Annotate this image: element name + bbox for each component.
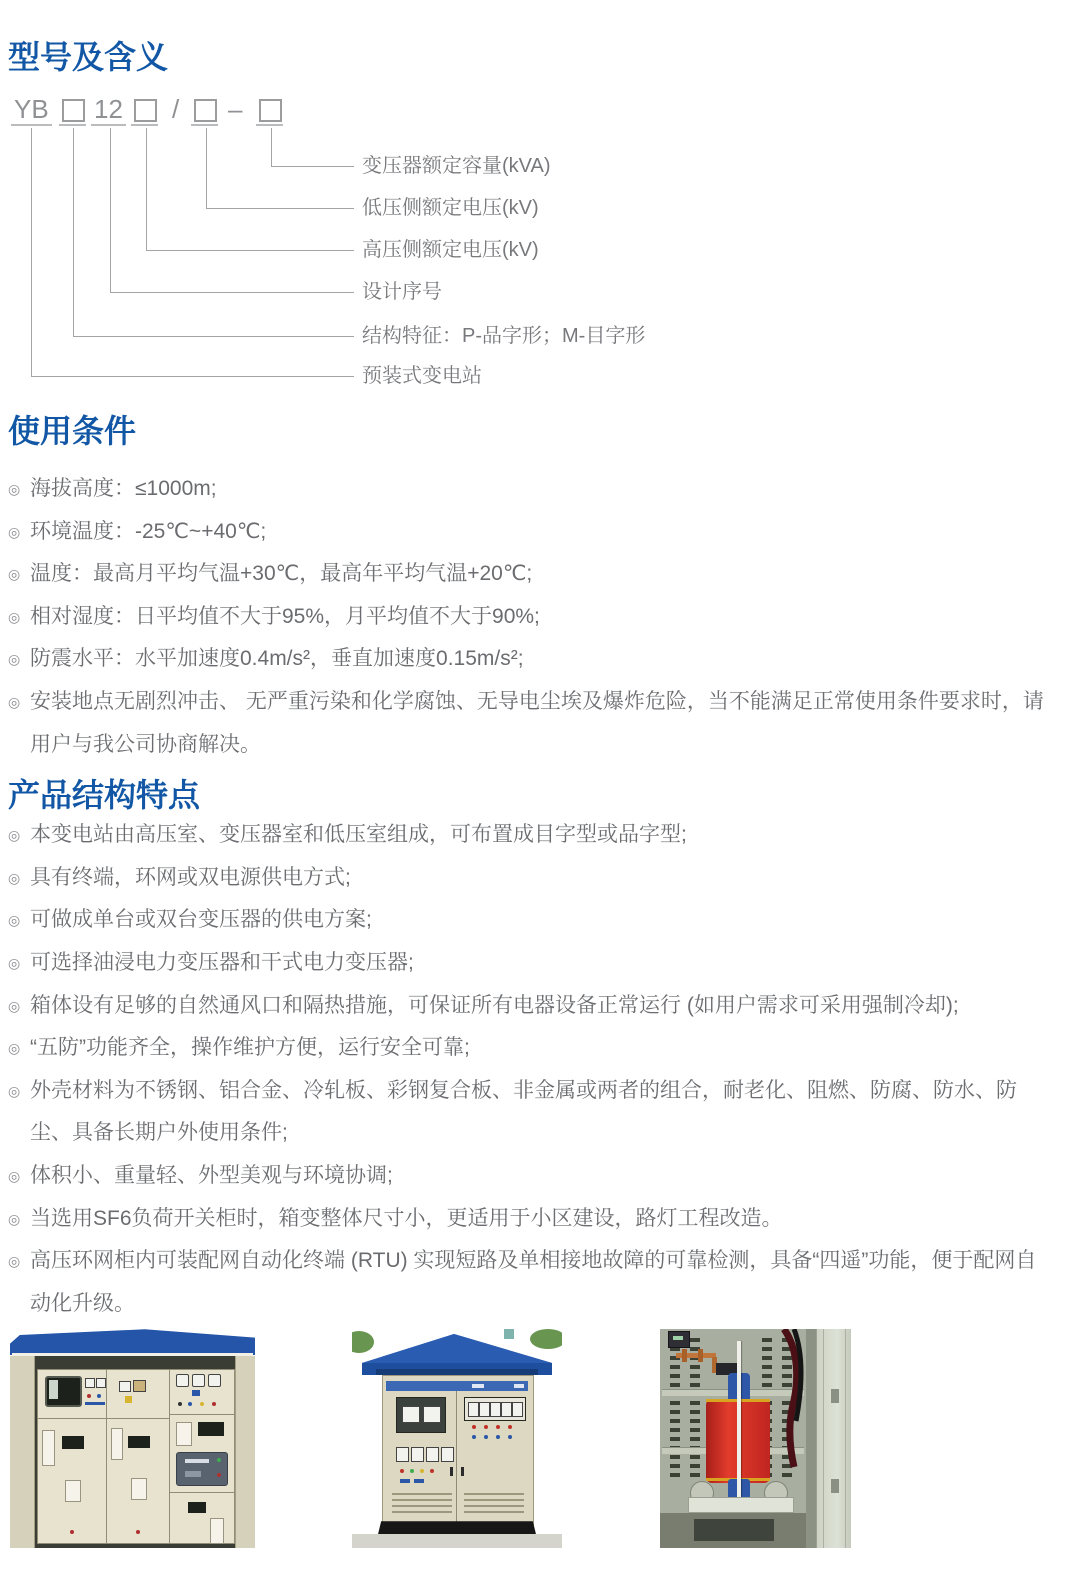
model-code-design-no: 12: [94, 96, 123, 122]
bullet-icon: ◎: [8, 681, 30, 724]
list-item: ◎相对湿度：日平均值不大于95%，月平均值不大于90%;: [8, 596, 1056, 639]
list-item: ◎可做成单台或双台变压器的供电方案;: [8, 899, 1056, 942]
list-item-text: 具有终端，环网或双电源供电方式;: [30, 866, 351, 889]
diagram-label-capacity: 变压器额定容量(kVA): [362, 154, 551, 178]
list-item-text: 当选用SF6负荷开关柜时，箱变整体尺寸小，更适用于小区建设，路灯工程改造。: [30, 1207, 783, 1230]
photo-hv-switchgear: [10, 1329, 255, 1548]
list-item-text: 环境温度：-25℃~+40℃;: [30, 520, 266, 543]
list-item: ◎外壳材料为不锈钢、铝合金、冷轧板、彩钢复合板、非金属或两者的组合，耐老化、阻燃…: [8, 1070, 1056, 1155]
connector-line: [31, 128, 32, 377]
underline: [59, 124, 86, 126]
model-code-box-structure: [62, 99, 85, 122]
bullet-icon: ◎: [8, 1198, 30, 1241]
transformer-base: [688, 1497, 794, 1513]
bullet-icon: ◎: [8, 1240, 30, 1283]
conditions-list: ◎海拔高度：≤1000m; ◎环境温度：-25℃~+40℃; ◎温度：最高月平均…: [0, 468, 1088, 766]
underline: [11, 124, 52, 126]
bullet-icon: ◎: [8, 468, 30, 511]
blue-roof: [352, 1329, 562, 1377]
bullet-icon: ◎: [8, 511, 30, 554]
connector-line: [31, 376, 354, 377]
connector-line: [73, 336, 354, 337]
model-code-separator: /: [172, 96, 179, 122]
bullet-icon: ◎: [8, 1027, 30, 1070]
list-item-text: 海拔高度：≤1000m;: [30, 477, 217, 500]
diagram-label-hv: 高压侧额定电压(kV): [362, 238, 539, 262]
underline: [91, 124, 126, 126]
connector-line: [73, 128, 74, 337]
connector-line: [110, 292, 354, 293]
model-code-box-lv: [194, 99, 217, 122]
underline: [191, 124, 218, 126]
bullet-icon: ◎: [8, 985, 30, 1028]
list-item: ◎高压环网柜内可装配网自动化终端 (RTU) 实现短路及单相接地故障的可靠检测，…: [8, 1240, 1056, 1325]
features-list: ◎本变电站由高压室、变压器室和低压室组成，可布置成目字型或品字型; ◎具有终端，…: [0, 814, 1088, 1325]
list-item: ◎可选择油浸电力变压器和干式电力变压器;: [8, 942, 1056, 985]
model-code-prefix: YB: [14, 96, 49, 122]
section-title-model: 型号及含义: [0, 0, 1088, 76]
list-item: ◎海拔高度：≤1000m;: [8, 468, 1056, 511]
section-title-conditions: 使用条件: [0, 412, 1088, 450]
bullet-icon: ◎: [8, 638, 30, 681]
section-title-features: 产品结构特点: [0, 776, 1088, 814]
list-item-text: 可选择油浸电力变压器和干式电力变压器;: [30, 951, 414, 974]
photo-substation-exterior: [352, 1329, 562, 1548]
underline: [131, 124, 158, 126]
model-code-box-capacity: [259, 99, 282, 122]
bullet-icon: ◎: [8, 1155, 30, 1198]
list-item: ◎体积小、重量轻、外型美观与环境协调;: [8, 1155, 1056, 1198]
connector-line: [110, 128, 111, 293]
list-item-text: 本变电站由高压室、变压器室和低压室组成，可布置成目字型或品字型;: [30, 823, 687, 846]
list-item-text: 体积小、重量轻、外型美观与环境协调;: [30, 1164, 393, 1187]
list-item: ◎防震水平：水平加速度0.4m/s²，垂直加速度0.15m/s²;: [8, 638, 1056, 681]
bullet-icon: ◎: [8, 1070, 30, 1113]
connector-line: [271, 128, 272, 167]
list-item: ◎当选用SF6负荷开关柜时，箱变整体尺寸小，更适用于小区建设，路灯工程改造。: [8, 1198, 1056, 1241]
diagram-label-lv: 低压侧额定电压(kV): [362, 196, 539, 220]
bullet-icon: ◎: [8, 553, 30, 596]
list-item-text: 防震水平：水平加速度0.4m/s²，垂直加速度0.15m/s²;: [30, 647, 524, 670]
blue-roof: [10, 1329, 255, 1355]
diagram-label-design: 设计序号: [362, 280, 442, 304]
connector-line: [146, 250, 354, 251]
list-item-text: 相对湿度：日平均值不大于95%，月平均值不大于90%;: [30, 605, 540, 628]
model-code-dash: –: [228, 96, 242, 122]
list-item: ◎箱体设有足够的自然通风口和隔热措施，可保证所有电器设备正常运行 (如用户需求可…: [8, 985, 1056, 1028]
model-code-box-hv: [134, 99, 157, 122]
bullet-icon: ◎: [8, 857, 30, 900]
connector-line: [206, 128, 207, 209]
cabinet-middle: [106, 1369, 171, 1544]
list-item: ◎“五防”功能齐全，操作维护方便，运行安全可靠;: [8, 1027, 1056, 1070]
model-code-diagram: YB 12 / – 变压器额定容量(kVA) 低压侧额定电压(kV) 高压侧额定…: [0, 96, 1088, 396]
list-item: ◎安装地点无剧烈冲击、 无严重污染和化学腐蚀、无导电尘埃及爆炸危险，当不能满足正…: [8, 681, 1056, 766]
underline: [256, 124, 283, 126]
list-item-text: 箱体设有足够的自然通风口和隔热措施，可保证所有电器设备正常运行 (如用户需求可采…: [30, 994, 959, 1017]
list-item-text: 安装地点无剧烈冲击、 无严重污染和化学腐蚀、无导电尘埃及爆炸危险，当不能满足正常…: [30, 690, 1044, 756]
bullet-icon: ◎: [8, 942, 30, 985]
connector-line: [206, 208, 354, 209]
photo-dry-transformer: [654, 1329, 854, 1548]
open-door: [816, 1329, 851, 1548]
connector-line: [146, 128, 147, 251]
bullet-icon: ◎: [8, 596, 30, 639]
diagram-label-structure: 结构特征：P-品字形；M-目字形: [362, 324, 645, 348]
list-item: ◎本变电站由高压室、变压器室和低压室组成，可布置成目字型或品字型;: [8, 814, 1056, 857]
list-item-text: “五防”功能齐全，操作维护方便，运行安全可靠;: [30, 1036, 470, 1059]
product-photos: [0, 1329, 1088, 1548]
list-item-text: 外壳材料为不锈钢、铝合金、冷轧板、彩钢复合板、非金属或两者的组合，耐老化、阻燃、…: [30, 1079, 1017, 1145]
diagram-label-type: 预装式变电站: [362, 364, 482, 388]
list-item: ◎温度：最高月平均气温+30℃，最高年平均气温+20℃;: [8, 553, 1056, 596]
bullet-icon: ◎: [8, 814, 30, 857]
cabinet-right: [169, 1369, 235, 1544]
cabinet-base: [378, 1521, 536, 1534]
cabinet-left: [37, 1369, 108, 1544]
list-item-text: 可做成单台或双台变压器的供电方案;: [30, 908, 372, 931]
list-item: ◎环境温度：-25℃~+40℃;: [8, 511, 1056, 554]
list-item-text: 高压环网柜内可装配网自动化终端 (RTU) 实现短路及单相接地故障的可靠检测，具…: [30, 1249, 1036, 1315]
connector-line: [271, 166, 354, 167]
bullet-icon: ◎: [8, 899, 30, 942]
catalog-page: 型号及含义 YB 12 / – 变压器额定容量(kVA) 低压侧额定电压(k: [0, 0, 1088, 1592]
list-item-text: 温度：最高月平均气温+30℃，最高年平均气温+20℃;: [30, 562, 532, 585]
list-item: ◎具有终端，环网或双电源供电方式;: [8, 857, 1056, 900]
